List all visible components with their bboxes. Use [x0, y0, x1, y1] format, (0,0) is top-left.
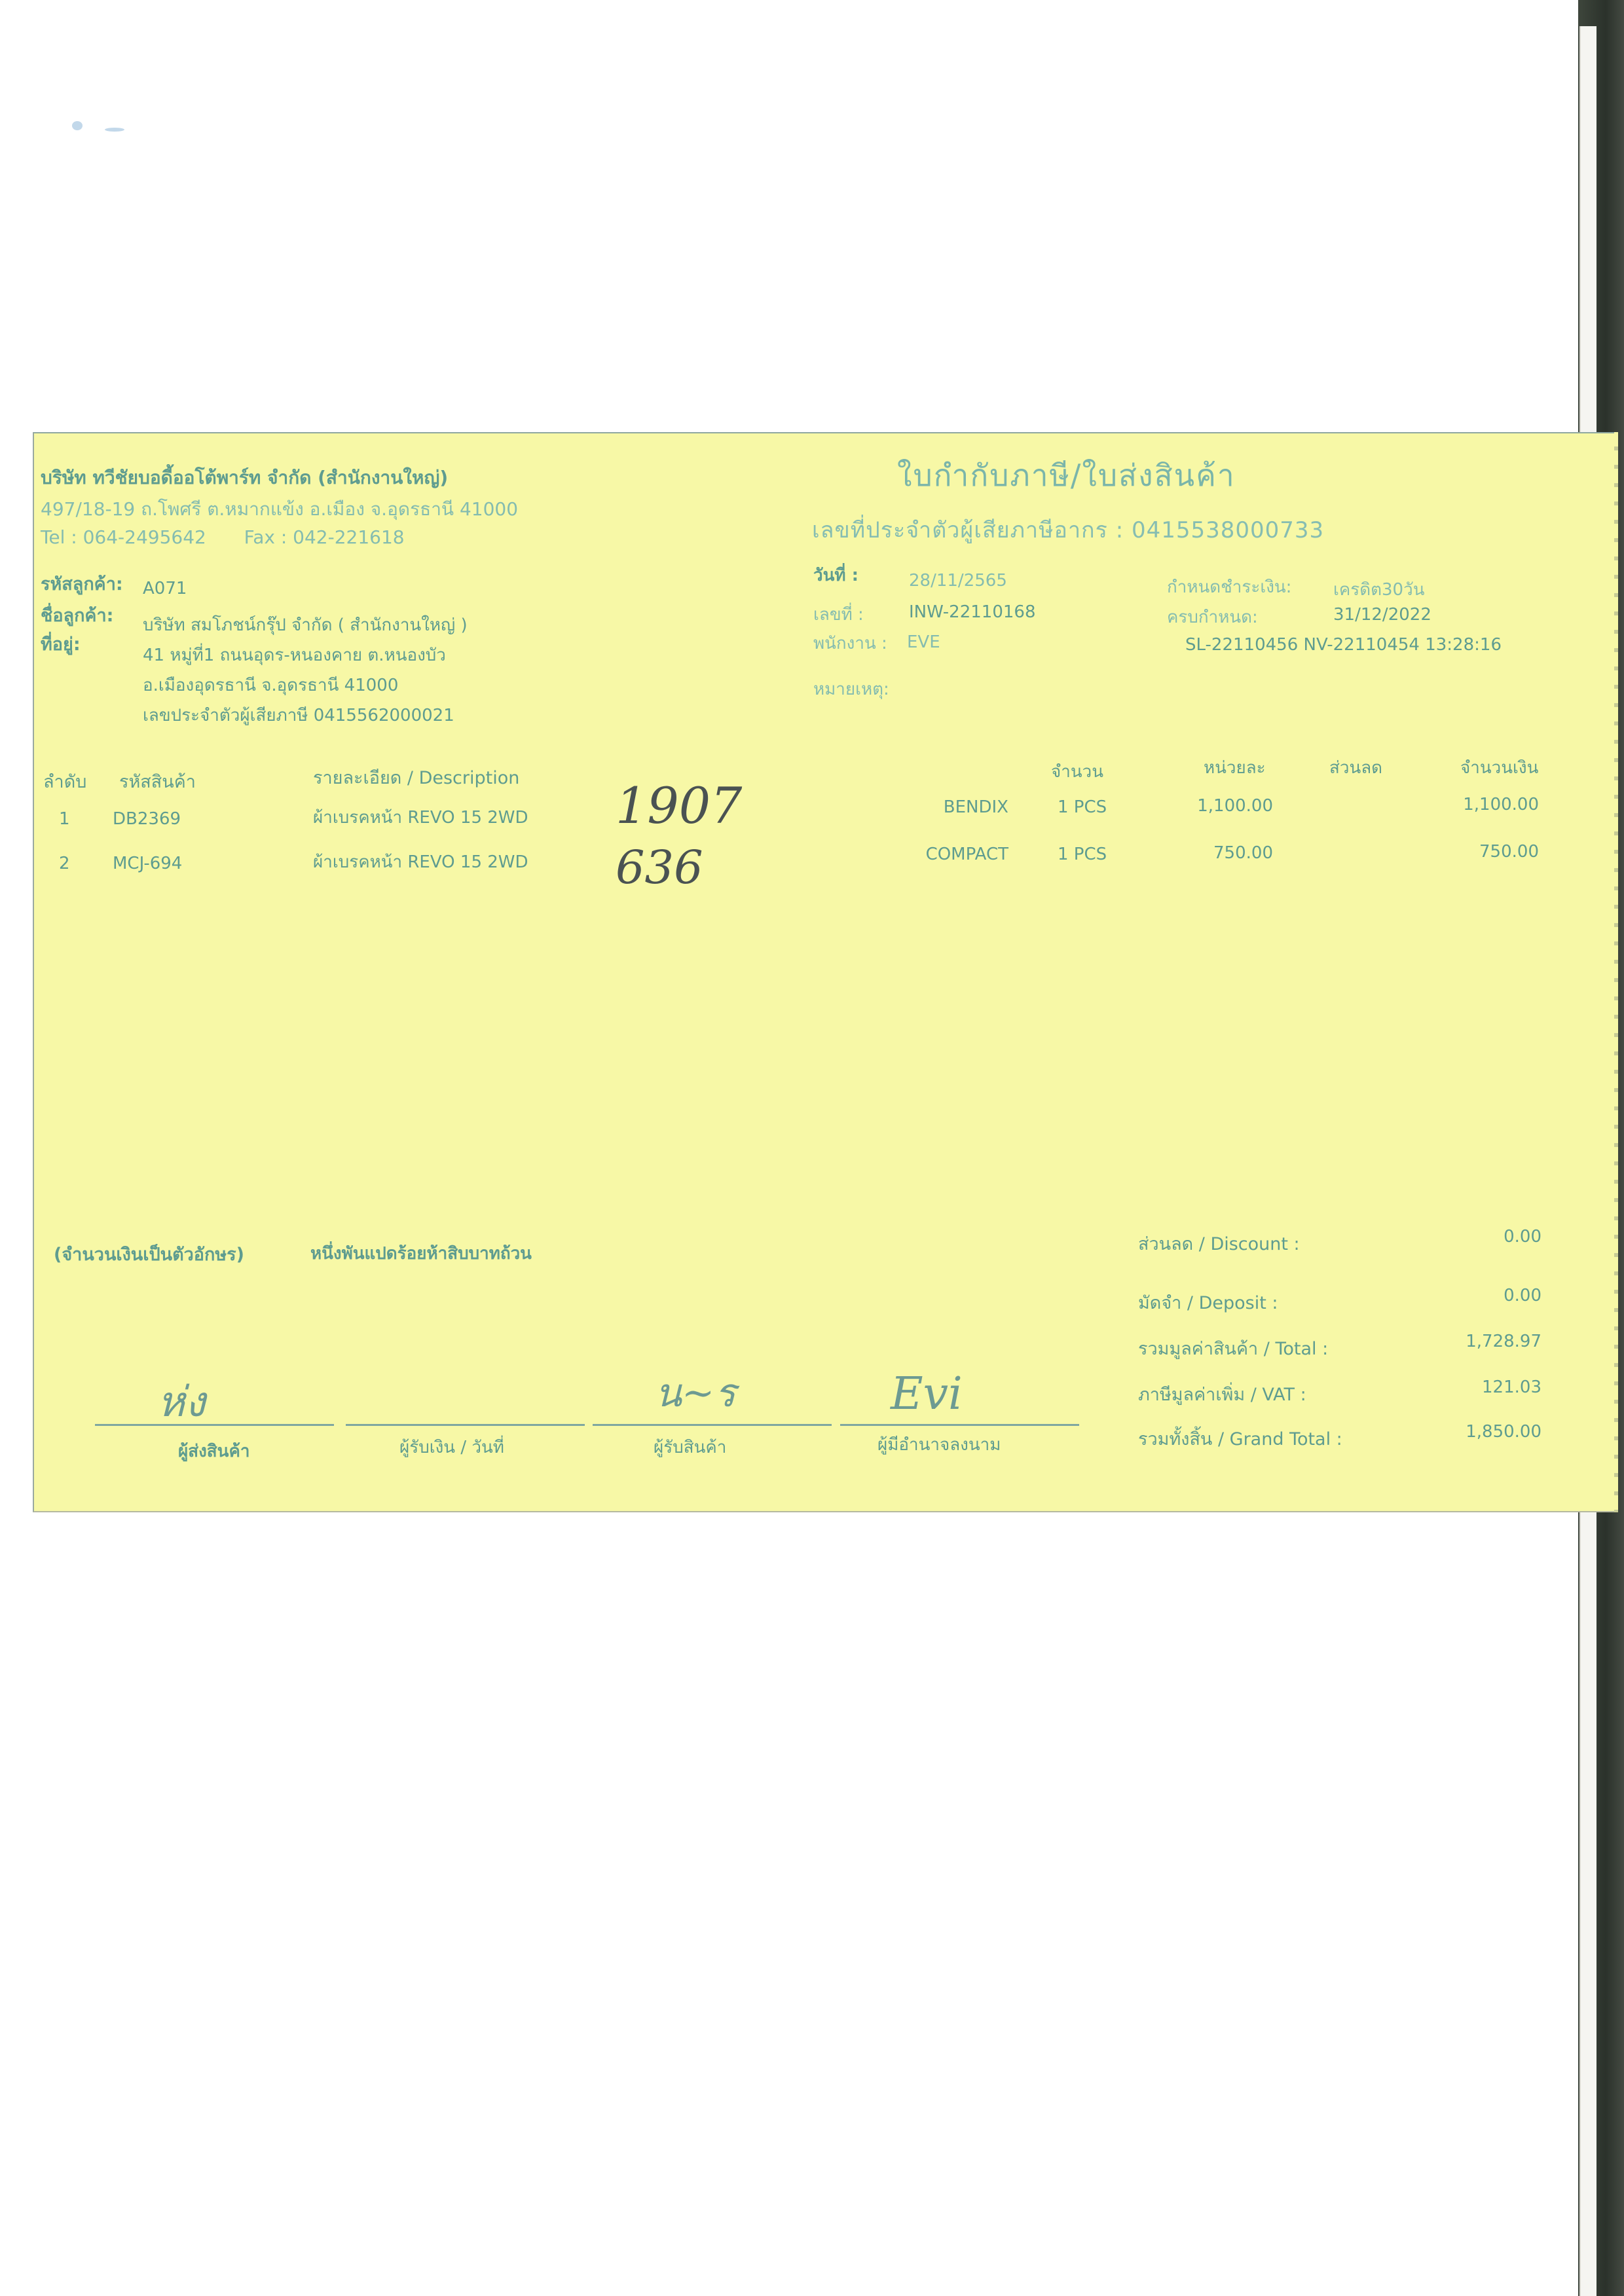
row-description: ผ้าเบรคหน้า REVO 15 2WD: [313, 848, 528, 875]
tax-id-label: เลขที่ประจำตัวผู้เสียภาษีอากร :: [812, 517, 1124, 543]
staff-label: พนักงาน :: [813, 630, 887, 657]
row-unit-price: 750.00: [1153, 843, 1273, 863]
sender-label: ผู้ส่งสินค้า: [178, 1438, 249, 1465]
signature-line: [840, 1424, 1079, 1426]
row-unit-price: 1,100.00: [1153, 796, 1273, 816]
customer-name: บริษัท สมโภชน์กรุ๊ป จำกัด ( สำนักงานใหญ่…: [143, 611, 468, 638]
total-value: 1,728.97: [1408, 1332, 1541, 1351]
date-label: วันที่ :: [813, 562, 858, 589]
row-code: DB2369: [113, 809, 181, 829]
row-amount: 1,100.00: [1414, 795, 1539, 814]
sender-signature: ห่ง: [157, 1368, 205, 1435]
header-description: รายละเอียด / Description: [313, 763, 519, 792]
customer-tax-id: เลขประจำตัวผู้เสียภาษี 0415562000021: [143, 702, 454, 729]
goods-receiver-label: ผู้รับสินค้า: [654, 1434, 726, 1461]
row-no: 2: [59, 854, 70, 873]
row-description: ผ้าเบรคหน้า REVO 15 2WD: [313, 804, 528, 831]
date-value: 28/11/2565: [909, 571, 1007, 591]
fax-value: 042-221618: [293, 526, 404, 548]
grand-total-value: 1,850.00: [1408, 1422, 1541, 1442]
customer-code: A071: [143, 579, 187, 598]
payment-terms-value: เครดิต30วัน: [1333, 576, 1424, 603]
deposit-label: มัดจำ / Deposit :: [1138, 1288, 1278, 1317]
authorized-signer-label: ผู้มีอำนาจลงนาม: [877, 1431, 1001, 1458]
customer-code-label: รหัสลูกค้า:: [41, 570, 123, 598]
due-label: ครบกำหนด:: [1167, 604, 1258, 630]
tel-value: 064-2495642: [83, 526, 206, 548]
total-label: รวมมูลค่าสินค้า / Total :: [1138, 1334, 1328, 1362]
grand-total-label: รวมทั้งสิ้น / Grand Total :: [1138, 1425, 1342, 1453]
customer-address-line1: 41 หมู่ที่1 ถนนอุดร-หนองคาย ต.หนองบัว: [143, 642, 446, 668]
vat-label: ภาษีมูลค่าเพิ่ม / VAT :: [1138, 1380, 1306, 1408]
payment-receiver-label: ผู้รับเงิน / วันที่: [399, 1434, 504, 1461]
signature-line: [95, 1424, 334, 1426]
issuer-name: บริษัท ทวีชัยบอดี้ออโต้พาร์ท จำกัด (สำนั…: [41, 464, 448, 492]
signature-line: [346, 1424, 585, 1426]
fax-label: Fax :: [244, 526, 287, 548]
issuer-address: 497/18-19 ถ.โพศรี ต.หมากแข้ง อ.เมือง จ.อ…: [41, 495, 518, 524]
deposit-value: 0.00: [1408, 1286, 1541, 1305]
row-brand: COMPACT: [904, 845, 1008, 864]
issuer-contact: Tel : 064-2495642 Fax : 042-221618: [41, 526, 405, 548]
header-amount: จำนวนเงิน: [1460, 754, 1538, 781]
scan-speck: [105, 128, 124, 132]
row-qty: 1 PCS: [1058, 797, 1107, 817]
amount-in-words-label: (จำนวนเงินเป็นตัวอักษร): [54, 1240, 244, 1268]
header-unit-price: หน่วยละ: [1204, 754, 1266, 781]
row-code: MCJ-694: [113, 854, 182, 873]
issuer-tax-id: เลขที่ประจำตัวผู้เสียภาษีอากร : 04155380…: [812, 512, 1324, 547]
receiver-signature: น~ร: [655, 1362, 736, 1424]
handwritten-note: 1907: [616, 776, 742, 835]
vat-value: 121.03: [1408, 1377, 1541, 1397]
header-qty: จำนวน: [1051, 758, 1103, 785]
discount-label: ส่วนลด / Discount :: [1138, 1230, 1300, 1258]
discount-value: 0.00: [1408, 1227, 1541, 1247]
customer-address-line2: อ.เมืองอุดรธานี จ.อุดรธานี 41000: [143, 672, 398, 699]
customer-address-label: ที่อยู่:: [41, 630, 81, 658]
number-value: INW-22110168: [909, 602, 1036, 622]
document-title: ใบกำกับภาษี/ใบส่งสินค้า: [897, 452, 1236, 500]
tax-id-value: 0415538000733: [1132, 517, 1324, 543]
authorized-signature: Evi: [891, 1368, 963, 1420]
scan-speck: [72, 121, 83, 130]
remark-label: หมายเหตุ:: [813, 676, 889, 702]
header-no: ลำดับ: [43, 767, 86, 795]
payment-terms-label: กำหนดชำระเงิน:: [1167, 574, 1291, 600]
handwritten-note: 636: [616, 841, 703, 894]
header-discount: ส่วนลด: [1329, 754, 1382, 781]
perforated-edge: [1614, 432, 1618, 1512]
row-amount: 750.00: [1414, 842, 1539, 862]
header-code: รหัสสินค้า: [119, 767, 196, 795]
row-no: 1: [59, 809, 70, 829]
signature-line: [593, 1424, 832, 1426]
customer-name-label: ชื่อลูกค้า:: [41, 601, 113, 629]
row-brand: BENDIX: [904, 797, 1008, 817]
row-qty: 1 PCS: [1058, 845, 1107, 864]
due-date: 31/12/2022: [1333, 605, 1431, 625]
number-label: เลขที่ :: [813, 601, 864, 628]
tel-label: Tel :: [41, 526, 77, 548]
amount-in-words: หนึ่งพันแปดร้อยห้าสิบบาทถ้วน: [310, 1240, 532, 1267]
staff-value: EVE: [907, 632, 940, 652]
reference-line: SL-22110456 NV-22110454 13:28:16: [1185, 635, 1502, 655]
